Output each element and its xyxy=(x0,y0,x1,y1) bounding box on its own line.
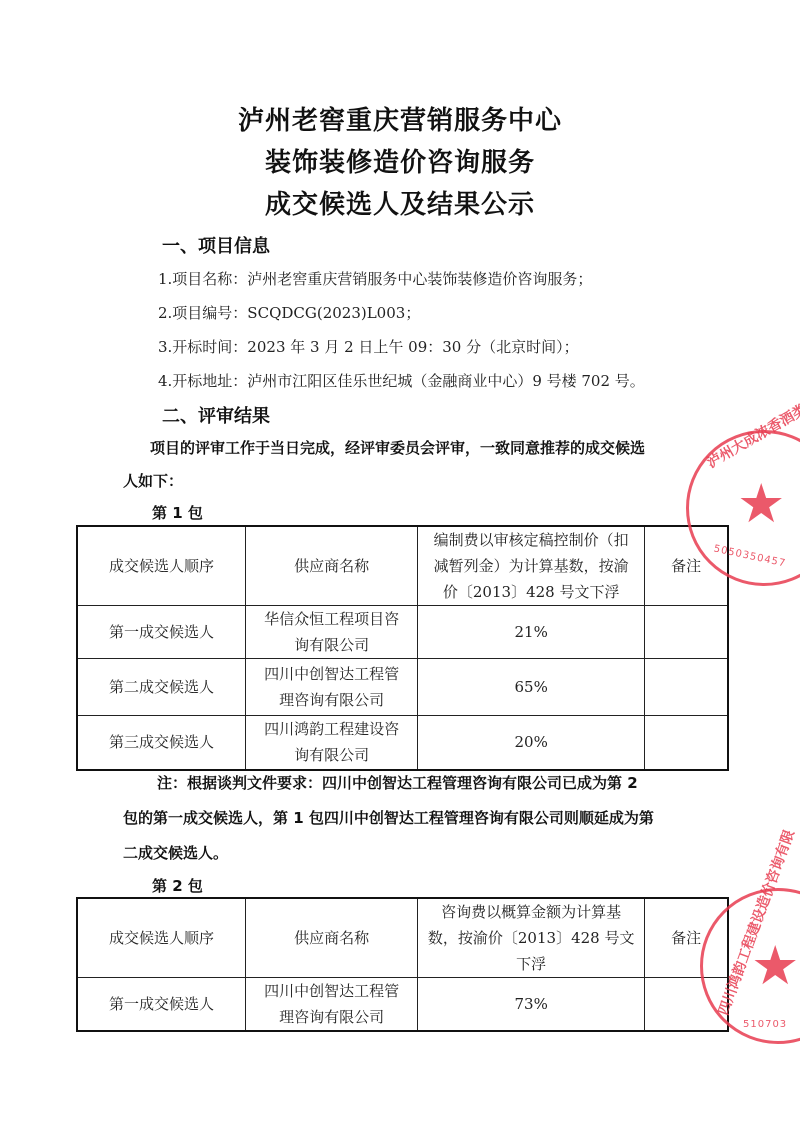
header-supplier: 供应商名称 xyxy=(245,526,417,606)
rank-cell: 第三成交候选人 xyxy=(77,716,245,770)
title-line-1: 泸州老窖重庆营销服务中心 xyxy=(0,100,800,137)
package1-table: 成交候选人顺序 供应商名称 编制费以审核定稿控制价（扣减暂列金）为计算基数，按渝… xyxy=(76,525,729,771)
package2-label: 第 2 包 xyxy=(152,875,203,896)
header-note: 备注 xyxy=(645,526,728,606)
table-row: 第三成交候选人 四川鸿韵工程建设咨询有限公司 20% xyxy=(77,716,728,770)
supplier-cell: 华信众恒工程项目咨询有限公司 xyxy=(245,606,417,659)
note-cell xyxy=(645,659,728,716)
review-intro-line1: 项目的评审工作于当日完成，经评审委员会评审，一致同意推荐的成交候选 xyxy=(150,437,645,458)
note-line-1: 注：根据谈判文件要求：四川中创智达工程管理咨询有限公司已成为第 2 xyxy=(157,772,638,793)
package1-label: 第 1 包 xyxy=(152,502,203,523)
opening-time: 3.开标时间：2023 年 3 月 2 日上午 09：30 分（北京时间）； xyxy=(158,336,579,357)
discount-cell: 65% xyxy=(418,659,645,716)
title-line-2: 装饰装修造价咨询服务 xyxy=(0,142,800,179)
note-cell xyxy=(645,606,728,659)
supplier-cell: 四川鸿韵工程建设咨询有限公司 xyxy=(245,716,417,770)
project-number: 2.项目编号：SCQDCG(2023)L003； xyxy=(158,302,420,323)
supplier-cell: 四川中创智达工程管理咨询有限公司 xyxy=(245,659,417,716)
table-row: 第二成交候选人 四川中创智达工程管理咨询有限公司 65% xyxy=(77,659,728,716)
header-rank: 成交候选人顺序 xyxy=(77,526,245,606)
project-name: 1.项目名称：泸州老窖重庆营销服务中心装饰装修造价咨询服务； xyxy=(158,268,592,289)
rank-cell: 第一成交候选人 xyxy=(77,606,245,659)
package2-table: 成交候选人顺序 供应商名称 咨询费以概算金额为计算基数，按渝价〔2013〕428… xyxy=(76,897,729,1032)
seal-2-code: 510703 xyxy=(743,1019,787,1030)
discount-cell: 21% xyxy=(418,606,645,659)
note-cell xyxy=(645,716,728,770)
star-icon: ★ xyxy=(737,477,785,531)
discount-cell: 73% xyxy=(418,978,645,1032)
star-icon: ★ xyxy=(751,939,799,993)
table-header-row: 成交候选人顺序 供应商名称 编制费以审核定稿控制价（扣减暂列金）为计算基数，按渝… xyxy=(77,526,728,606)
note-cell xyxy=(645,978,728,1032)
note-line-2: 包的第一成交候选人，第 1 包四川中创智达工程管理咨询有限公司则顺延成为第 xyxy=(123,807,654,828)
discount-cell: 20% xyxy=(418,716,645,770)
header-discount: 编制费以审核定稿控制价（扣减暂列金）为计算基数，按渝价〔2013〕428 号文下… xyxy=(418,526,645,606)
supplier-cell: 四川中创智达工程管理咨询有限公司 xyxy=(245,978,417,1032)
review-intro-line2: 人如下： xyxy=(123,470,183,491)
header-discount: 咨询费以概算金额为计算基数，按渝价〔2013〕428 号文下浮 xyxy=(418,898,645,978)
section1-heading: 一、项目信息 xyxy=(162,232,270,258)
note-line-3: 二成交候选人。 xyxy=(123,842,228,863)
rank-cell: 第一成交候选人 xyxy=(77,978,245,1032)
header-supplier: 供应商名称 xyxy=(245,898,417,978)
opening-address: 4.开标地址：泸州市江阳区佳乐世纪城（金融商业中心）9 号楼 702 号。 xyxy=(158,370,645,391)
header-note: 备注 xyxy=(645,898,728,978)
header-rank: 成交候选人顺序 xyxy=(77,898,245,978)
title-line-3: 成交候选人及结果公示 xyxy=(0,184,800,221)
table-row: 第一成交候选人 四川中创智达工程管理咨询有限公司 73% xyxy=(77,978,728,1032)
table-header-row: 成交候选人顺序 供应商名称 咨询费以概算金额为计算基数，按渝价〔2013〕428… xyxy=(77,898,728,978)
seal-1-text: 泸州大成浓香酒类经 xyxy=(703,392,800,472)
table-row: 第一成交候选人 华信众恒工程项目咨询有限公司 21% xyxy=(77,606,728,659)
rank-cell: 第二成交候选人 xyxy=(77,659,245,716)
section2-heading: 二、评审结果 xyxy=(162,402,270,428)
